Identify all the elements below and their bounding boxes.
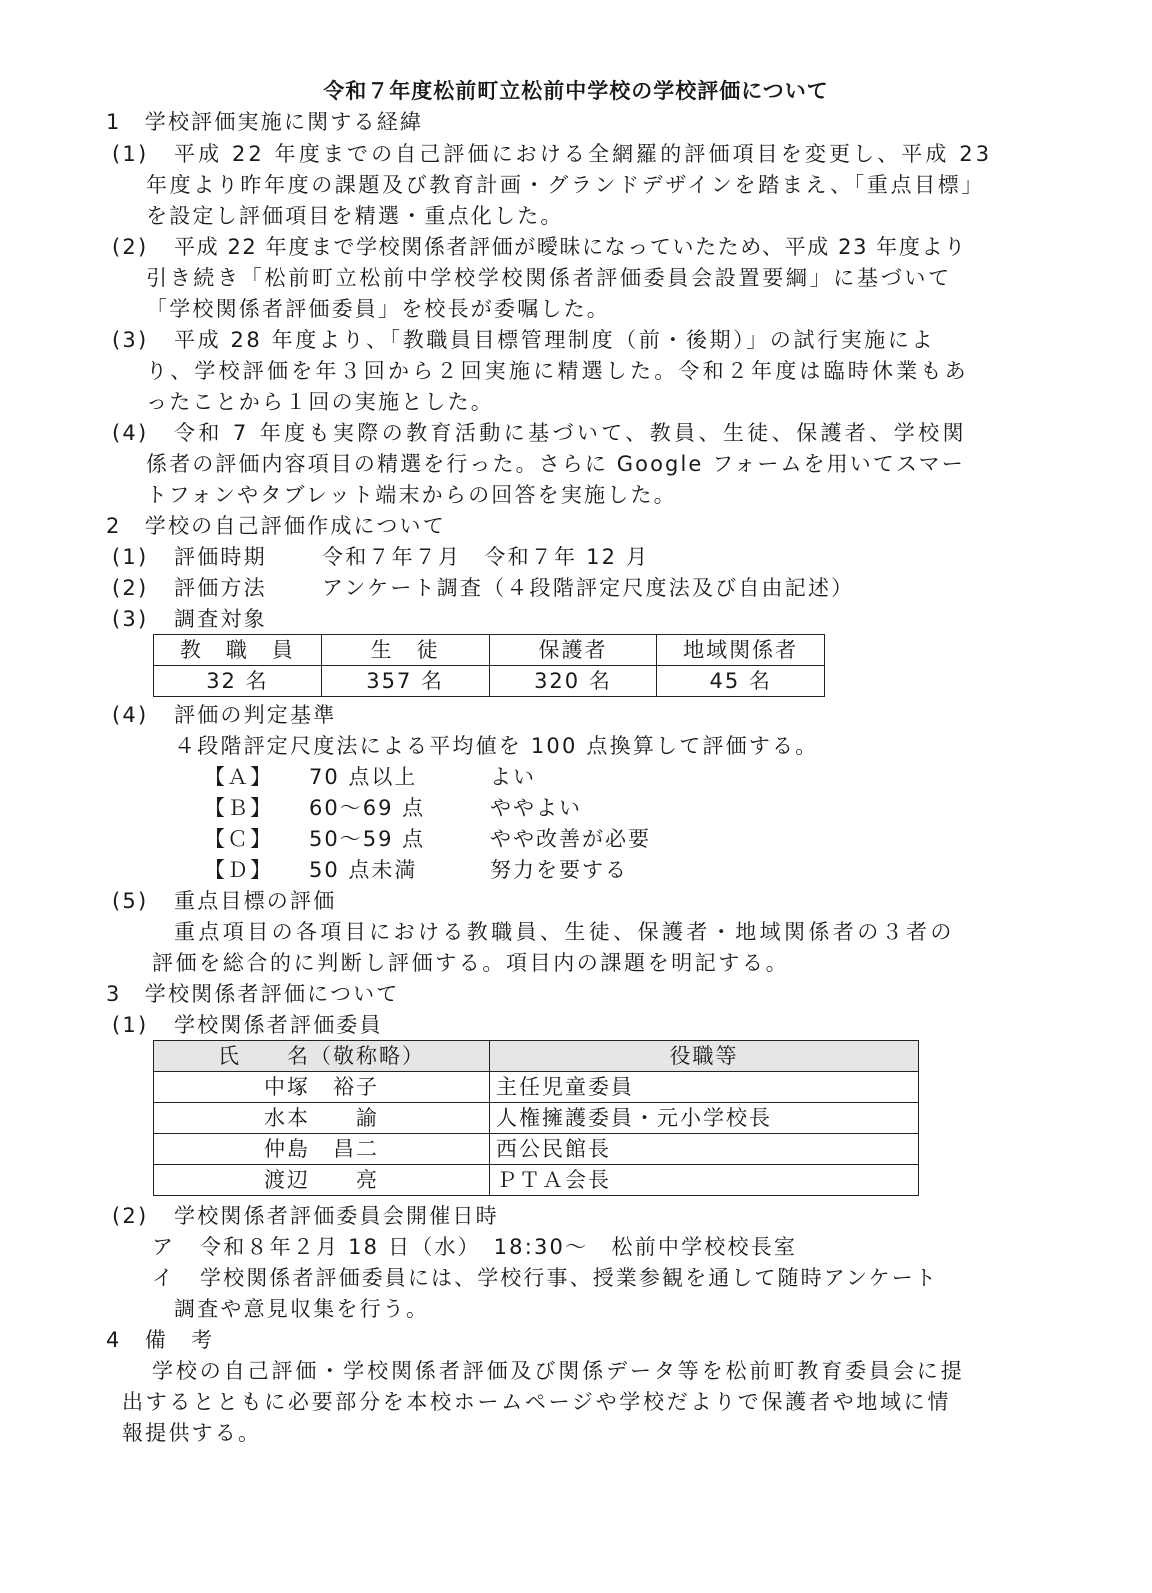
section-4-heading: 4 備 考: [106, 1325, 214, 1355]
grade-label: 【Ｃ】: [204, 824, 273, 854]
member-role: 西公民館長: [490, 1134, 919, 1165]
grade-label: 【Ｄ】: [204, 855, 273, 885]
table-row: 渡辺 亮 ＰＴＡ会長: [154, 1165, 919, 1196]
item-name: 評価の判定基準: [174, 700, 336, 730]
section-3-heading: 3 学校関係者評価について: [106, 979, 400, 1009]
member-role: 人権擁護委員・元小学校長: [490, 1103, 919, 1134]
table-cell: 32 名: [154, 666, 322, 697]
grade-meaning: よい: [490, 762, 536, 792]
table-header-cell: 保護者: [489, 635, 657, 666]
grade-range: 50～59 点: [309, 824, 425, 854]
member-name: 中塚 裕子: [154, 1072, 490, 1103]
table-header-cell: 生 徒: [321, 635, 489, 666]
paragraph-line: を設定し評価項目を精選・重点化した。: [146, 201, 564, 231]
table-row: 水本 諭 人権擁護委員・元小学校長: [154, 1103, 919, 1134]
member-name: 仲島 昌二: [154, 1134, 490, 1165]
item-label: (1): [112, 542, 148, 572]
item-name: 学校関係者評価委員会開催日時: [174, 1201, 499, 1231]
table-header-cell: 教 職 員: [154, 635, 322, 666]
grade-meaning: 努力を要する: [490, 855, 628, 885]
paragraph-line: ったことから１回の実施とした。: [146, 387, 494, 417]
grade-row: 【Ｂ】 60～69 点 ややよい: [0, 793, 1152, 823]
table-cell: 320 名: [489, 666, 657, 697]
grade-meaning: やや改善が必要: [490, 824, 651, 854]
item-name: 調査対象: [174, 604, 267, 634]
section-2-heading: 2 学校の自己評価作成について: [106, 511, 446, 541]
paragraph-line: 調査や意見収集を行う。: [174, 1294, 429, 1324]
grade-row: 【Ａ】 70 点以上 よい: [0, 762, 1152, 792]
grade-label: 【Ｂ】: [204, 793, 273, 823]
paragraph-line: 重点項目の各項目における教職員、生徒、保護者・地域関係者の３者の: [174, 917, 955, 947]
paragraph-line: 学校の自己評価・学校関係者評価及び関係データ等を松前町教育委員会に提: [152, 1356, 965, 1386]
item-value: 令和７年７月 令和７年 12 月: [322, 542, 649, 572]
paragraph-line: り、学校評価を年３回から２回実施に精選した。令和２年度は臨時休業もあ: [146, 356, 969, 386]
subitem-label: ア: [152, 1232, 175, 1262]
paragraph-line: 報提供する。: [122, 1418, 261, 1448]
item-name: 学校関係者評価委員: [174, 1010, 383, 1040]
table-header-cell: 役職等: [490, 1041, 919, 1072]
grade-range: 70 点以上: [309, 762, 417, 792]
item-name: 重点目標の評価: [174, 886, 336, 916]
paragraph-line: 年度より昨年度の課題及び教育計画・グランドデザインを踏まえ、「重点目標」: [146, 170, 985, 200]
grade-range: 50 点未満: [309, 855, 417, 885]
item-label: (2): [112, 1201, 148, 1231]
paragraph-line: トフォンやタブレット端末からの回答を実施した。: [146, 480, 677, 510]
table-header-cell: 氏 名（敬称略）: [154, 1041, 490, 1072]
grade-row: 【Ｃ】 50～59 点 やや改善が必要: [0, 824, 1152, 854]
survey-target-table: 教 職 員 生 徒 保護者 地域関係者 32 名 357 名 320 名 45 …: [153, 634, 825, 697]
member-role: 主任児童委員: [490, 1072, 919, 1103]
item-value: アンケート調査（４段階評定尺度法及び自由記述）: [322, 573, 854, 603]
item-label: (2): [112, 573, 148, 603]
document-title: 令和７年度松前町立松前中学校の学校評価について: [0, 76, 1152, 106]
table-cell: 45 名: [657, 666, 825, 697]
grade-label: 【Ａ】: [204, 762, 273, 792]
criteria-intro: ４段階評定尺度法による平均値を 100 点換算して評価する。: [174, 731, 818, 761]
paragraph-line: 出するとともに必要部分を本校ホームページや学校だよりで保護者や地域に情: [122, 1387, 951, 1417]
table-header-row: 氏 名（敬称略） 役職等: [154, 1041, 919, 1072]
table-header-row: 教 職 員 生 徒 保護者 地域関係者: [154, 635, 825, 666]
paragraph-line: 平成 22 年度までの自己評価における全網羅的評価項目を変更し、平成 23: [174, 139, 992, 169]
item-name: 評価方法: [174, 573, 267, 603]
paragraph-line: 平成 28 年度より、「教職員目標管理制度（前・後期）」の試行実施によ: [174, 325, 935, 355]
item-label: (1): [112, 139, 148, 169]
grade-range: 60～69 点: [309, 793, 425, 823]
document-page: 令和７年度松前町立松前中学校の学校評価について 1 学校評価実施に関する経緯 (…: [0, 0, 1152, 1593]
section-1-heading: 1 学校評価実施に関する経緯: [106, 107, 423, 137]
item-label: (3): [112, 604, 148, 634]
item-label: (4): [112, 700, 148, 730]
member-name: 水本 諭: [154, 1103, 490, 1134]
paragraph-line: 係者の評価内容項目の精選を行った。さらに Google フォームを用いてスマー: [146, 449, 965, 479]
item-label: (5): [112, 886, 148, 916]
grade-row: 【Ｄ】 50 点未満 努力を要する: [0, 855, 1152, 885]
paragraph-line: 評価を総合的に判断し評価する。項目内の課題を明記する。: [152, 948, 789, 978]
item-label: (2): [112, 232, 148, 262]
item-label: (1): [112, 1010, 148, 1040]
item-label: (4): [112, 418, 148, 448]
paragraph-line: 学校関係者評価委員には、学校行事、授業参観を通して随時アンケート: [200, 1263, 938, 1293]
item-label: (3): [112, 325, 148, 355]
item-name: 評価時期: [174, 542, 267, 572]
table-row: 仲島 昌二 西公民館長: [154, 1134, 919, 1165]
paragraph-line: 令和 7 年度も実際の教育活動に基づいて、教員、生徒、保護者、学校関: [174, 418, 967, 448]
paragraph-line: 平成 22 年度まで学校関係者評価が曖昧になっていたため、平成 23 年度より: [174, 232, 967, 262]
meeting-datetime: 令和８年２月 18 日（水） 18:30～ 松前中学校校長室: [200, 1232, 797, 1262]
table-row: 32 名 357 名 320 名 45 名: [154, 666, 825, 697]
member-name: 渡辺 亮: [154, 1165, 490, 1196]
table-cell: 357 名: [321, 666, 489, 697]
paragraph-line: 「学校関係者評価委員」を校長が委嘱した。: [146, 294, 610, 324]
table-row: 中塚 裕子 主任児童委員: [154, 1072, 919, 1103]
table-header-cell: 地域関係者: [657, 635, 825, 666]
subitem-label: イ: [152, 1263, 175, 1293]
paragraph-line: 引き続き「松前町立松前中学校学校関係者評価委員会設置要綱」に基づいて: [146, 263, 952, 293]
member-role: ＰＴＡ会長: [490, 1165, 919, 1196]
committee-members-table: 氏 名（敬称略） 役職等 中塚 裕子 主任児童委員 水本 諭 人権擁護委員・元小…: [153, 1040, 919, 1196]
grade-meaning: ややよい: [490, 793, 582, 823]
